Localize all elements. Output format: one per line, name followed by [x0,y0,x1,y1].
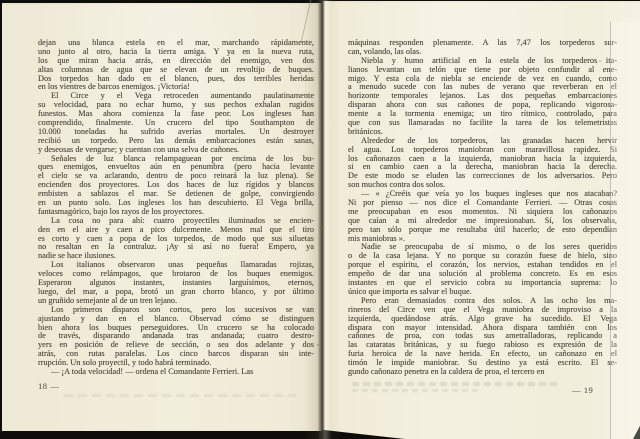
right-page-number: — 19 [572,385,593,395]
left-page-number: 18 — [38,381,59,391]
paragraph: Pero eran demasiados contra dos solos. A… [348,297,617,377]
paragraph: La cosa no para ahí: cuatro proyectiles … [38,217,314,261]
paragraph: Los italianos observaron unas pequeñas l… [38,261,314,305]
dust-speck [317,344,319,346]
dust-speck [320,227,322,230]
page-edge-highlight [611,22,640,439]
left-page: dejan una blanca estela en el mar, march… [2,3,322,431]
right-page-text: máquinas responden plenamente. A las 7,4… [348,39,617,377]
text-line: que con sus llamaradas no facilite la ta… [348,119,617,128]
dust-speck [599,60,601,62]
left-page-text: dejan una blanca estela en el mar, march… [38,39,314,377]
dust-speck [420,128,422,130]
paragraph: Niebla y humo artificial en la estela de… [348,57,617,137]
paragraph: máquinas responden plenamente. A las 7,4… [348,39,617,57]
page-edge-line [610,22,611,439]
text-line: gundo cañonazo penetra en la caldera de … [348,368,617,377]
dust-speck [322,74,324,76]
paragraph: — ¡A toda velocidad! — ordena el Comanda… [38,368,314,377]
text-line: — ¡A toda velocidad! — ordena el Comanda… [38,368,314,377]
paragraph: — « ¿Creéis que veía yo los buques ingle… [348,190,617,243]
right-page: máquinas responden plenamente. A las 7,4… [322,1,640,439]
paragraph: Señales de luz blanca relampaguean por e… [38,155,314,217]
book-spread: dejan una blanca estela en el mar, march… [0,0,640,439]
paragraph: Los primeros disparos son cortos, pero l… [38,306,314,368]
paragraph: Alrededor de los torpederos, las granada… [348,137,617,190]
paragraph: Nadie se preocupaba de sí mismo, o de lo… [348,243,617,296]
paragraph: El Circe y el Vega retroceden aumentando… [38,92,314,154]
paragraph: dejan una blanca estela en el mar, march… [38,39,314,92]
